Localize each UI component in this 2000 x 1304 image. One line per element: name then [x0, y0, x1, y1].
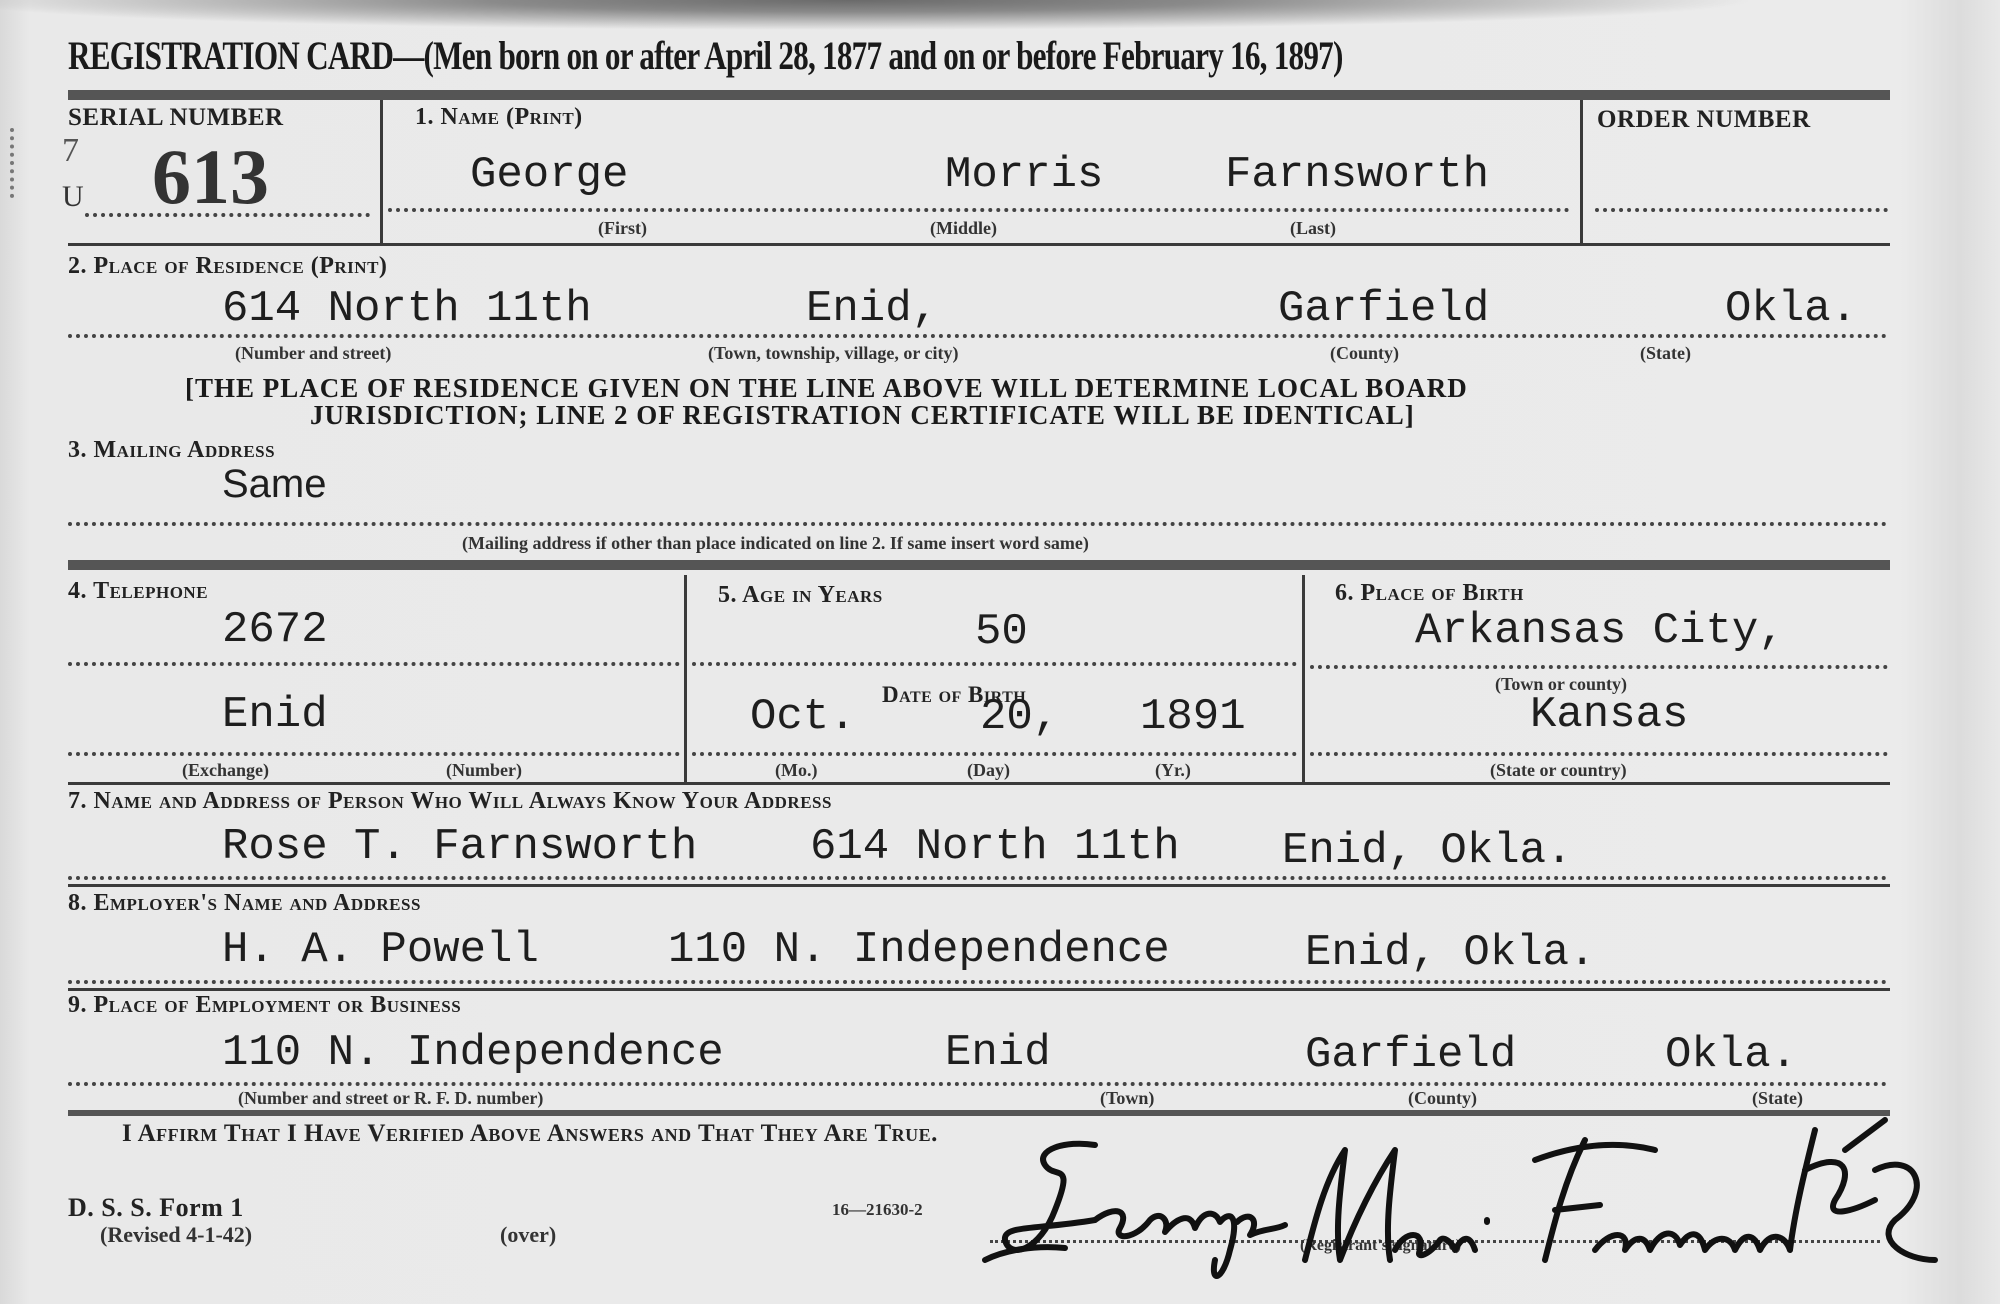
employer-bottom-rule — [68, 988, 1890, 991]
serial-prefix: U — [62, 180, 84, 214]
over-note: (over) — [500, 1222, 556, 1248]
residence-state: Okla. — [1725, 284, 1857, 334]
order-dotted-line — [1595, 208, 1888, 212]
residence-label: 2. Place of Residence (Print) — [68, 253, 387, 280]
employer-street: 110 N. Independence — [668, 925, 1170, 975]
dob-year-sublabel: (Yr.) — [1155, 760, 1191, 781]
mailing-label: 3. Mailing Address — [68, 437, 275, 464]
birthplace-state-sublabel: (State or country) — [1490, 760, 1627, 781]
residence-town: Enid, — [806, 284, 938, 334]
name-dotted-line — [388, 208, 1570, 212]
birthplace-dotted-line-2 — [1310, 752, 1888, 756]
age-value: 50 — [975, 607, 1028, 657]
name-last-sublabel: (Last) — [1290, 218, 1336, 239]
serial-number-label: SERIAL NUMBER — [68, 104, 284, 132]
mailing-value: Same — [222, 462, 327, 507]
telephone-exchange-sublabel: (Exchange) — [182, 760, 269, 781]
residence-street-sublabel: (Number and street) — [235, 343, 391, 364]
residence-dotted-line — [68, 334, 1888, 338]
residence-county-sublabel: (County) — [1330, 343, 1399, 364]
name-first: George — [470, 150, 628, 200]
employment-place-county: Garfield — [1305, 1030, 1516, 1080]
mailing-bottom-rule — [68, 560, 1890, 570]
mailing-note: (Mailing address if other than place ind… — [462, 533, 1089, 554]
birthplace-town: Arkansas City, — [1415, 606, 1785, 656]
dob-month-sublabel: (Mo.) — [775, 760, 817, 781]
contact-street: 614 North 11th — [810, 822, 1180, 872]
affirmation-text: I Affirm That I Have Verified Above Answ… — [122, 1120, 938, 1148]
employment-place-state-sublabel: (State) — [1752, 1088, 1803, 1109]
top-rule — [68, 90, 1890, 100]
employment-place-county-sublabel: (County) — [1408, 1088, 1477, 1109]
order-number-label: ORDER NUMBER — [1597, 106, 1811, 134]
print-code: 16—21630-2 — [832, 1200, 923, 1220]
dob-day-sublabel: (Day) — [967, 760, 1010, 781]
mailing-dotted-line — [68, 522, 1888, 526]
employment-place-state: Okla. — [1665, 1030, 1797, 1080]
residence-town-sublabel: (Town, township, village, or city) — [708, 343, 959, 364]
telephone-number-sublabel: (Number) — [446, 760, 522, 781]
form-revised: (Revised 4-1-42) — [100, 1222, 252, 1248]
name-last: Farnsworth — [1225, 150, 1489, 200]
name-label: 1. Name (Print) — [415, 104, 583, 131]
serial-number-value: 613 — [152, 132, 269, 222]
dob-month: Oct. — [750, 692, 856, 742]
birthplace-state: Kansas — [1530, 690, 1688, 740]
margin-stamp-marks — [10, 128, 22, 198]
dob-day: 20, — [980, 692, 1059, 742]
telephone-dotted-line-2 — [68, 752, 680, 756]
name-middle-sublabel: (Middle) — [930, 218, 997, 239]
registrant-signature — [975, 1110, 1975, 1300]
employer-dotted-line — [68, 980, 1888, 984]
employer-label: 8. Employer's Name and Address — [68, 890, 421, 917]
residence-county: Garfield — [1278, 284, 1489, 334]
serial-divider — [380, 100, 383, 243]
employment-place-town: Enid — [945, 1028, 1051, 1078]
dob-year: 1891 — [1140, 692, 1246, 742]
residence-notice-line2: JURISDICTION; LINE 2 OF REGISTRATION CER… — [310, 400, 1415, 431]
row1-bottom-rule — [68, 243, 1890, 246]
age-left-divider — [684, 575, 687, 782]
employment-place-dotted-line — [68, 1082, 1888, 1086]
telephone-exchange: Enid — [222, 690, 328, 740]
employment-place-label: 9. Place of Employment or Business — [68, 992, 461, 1019]
telephone-label: 4. Telephone — [68, 578, 208, 605]
employer-city: Enid, Okla. — [1305, 928, 1595, 978]
dob-dotted-line — [692, 752, 1297, 756]
registration-card: REGISTRATION CARD—(Men born on or after … — [0, 0, 2000, 1304]
birthplace-label: 6. Place of Birth — [1335, 580, 1524, 607]
birth-left-divider — [1302, 575, 1305, 782]
contact-city: Enid, Okla. — [1282, 826, 1572, 876]
telephone-number: 2672 — [222, 605, 328, 655]
row-boxes-bottom-rule — [68, 782, 1890, 785]
order-divider — [1580, 100, 1583, 243]
birthplace-dotted-line-1 — [1310, 665, 1888, 669]
serial-dotted-line — [85, 213, 370, 217]
employment-place-town-sublabel: (Town) — [1100, 1088, 1154, 1109]
contact-label: 7. Name and Address of Person Who Will A… — [68, 788, 832, 815]
contact-bottom-rule — [68, 884, 1890, 887]
name-first-sublabel: (First) — [598, 218, 647, 239]
residence-street: 614 North 11th — [222, 284, 592, 334]
employment-place-street-sublabel: (Number and street or R. F. D. number) — [238, 1088, 543, 1109]
contact-name: Rose T. Farnsworth — [222, 822, 697, 872]
form-name: D. S. S. Form 1 — [68, 1193, 244, 1223]
contact-dotted-line — [68, 876, 1888, 880]
age-label: 5. Age in Years — [718, 582, 883, 609]
residence-state-sublabel: (State) — [1640, 343, 1691, 364]
employer-name: H. A. Powell — [222, 925, 539, 975]
card-title: REGISTRATION CARD—(Men born on or after … — [68, 32, 1343, 79]
age-dotted-line — [692, 662, 1297, 666]
telephone-dotted-line-1 — [68, 662, 680, 666]
serial-prefix-top: 7 — [62, 132, 79, 170]
name-middle: Morris — [945, 150, 1103, 200]
employment-place-street: 110 N. Independence — [222, 1028, 724, 1078]
